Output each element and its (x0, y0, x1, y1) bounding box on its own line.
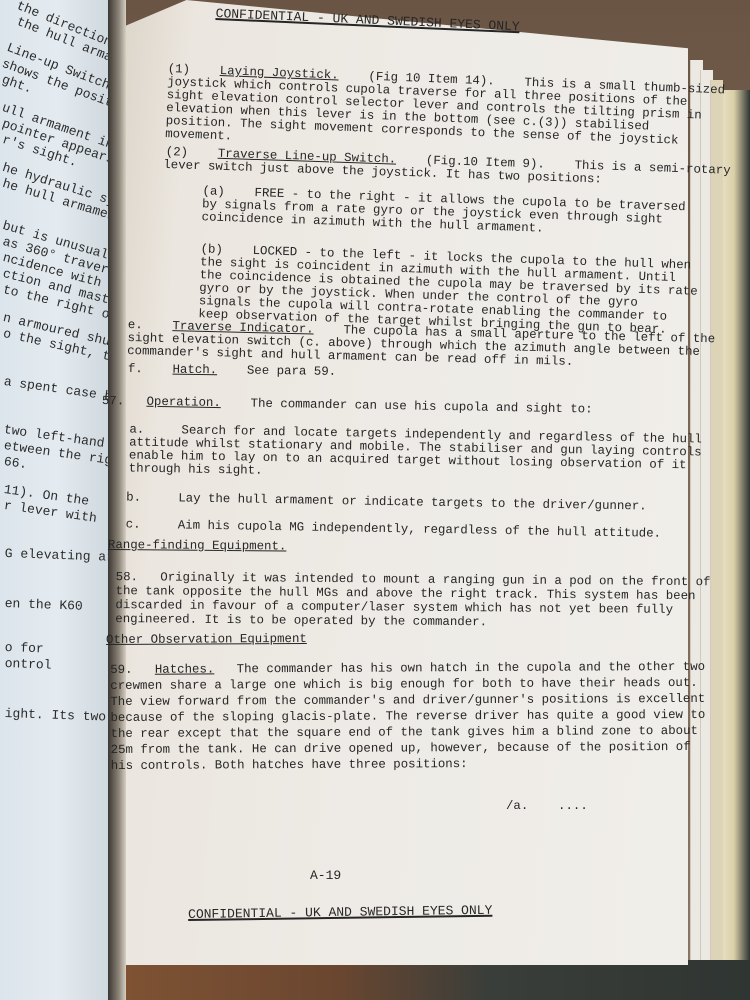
section-heading: Range-finding Equipment. (108, 538, 287, 555)
text-line: engineered. It is to be operated by the … (115, 612, 487, 631)
text-line: The commander has his own hatch in the c… (237, 660, 706, 676)
page-number: A-19 (310, 868, 341, 884)
continuation-marker: /a. .... (506, 799, 588, 815)
text-line: Lay the hull armament or indicate target… (178, 491, 647, 513)
paragraph-number: 57. (102, 394, 125, 408)
section-hatch: f. Hatch. See para 59. (128, 362, 336, 380)
text-line: The commander can use his cupola and sig… (250, 397, 592, 417)
page-content: CONFIDENTIAL - UK AND SWEDISH EYES ONLY … (0, 0, 750, 1000)
text-line: his controls. Both hatches have three po… (111, 757, 468, 774)
section-title: Hatch. (172, 363, 217, 378)
item-label: c. (126, 517, 141, 531)
paragraph-number: 59. (110, 663, 132, 677)
cross-reference: See para 59. (247, 364, 336, 379)
text-line: through his sight. (129, 461, 263, 479)
text-line: movement. (165, 127, 232, 145)
section-heading: Other Observation Equipment (106, 632, 307, 649)
section-title: Operation. (146, 395, 221, 410)
header-classification: CONFIDENTIAL - UK AND SWEDISH EYES ONLY (215, 6, 520, 35)
paragraph-number: 58. (116, 570, 138, 584)
text-line: Aim his cupola MG independently, regardl… (178, 518, 661, 540)
text-line: 25m from the tank. He can drive opened u… (111, 740, 691, 759)
footer-classification: CONFIDENTIAL - UK AND SWEDISH EYES ONLY (188, 903, 492, 923)
item-label: b. (126, 490, 141, 504)
item-label: f. (128, 362, 143, 376)
section-title: Hatches. (155, 662, 215, 676)
